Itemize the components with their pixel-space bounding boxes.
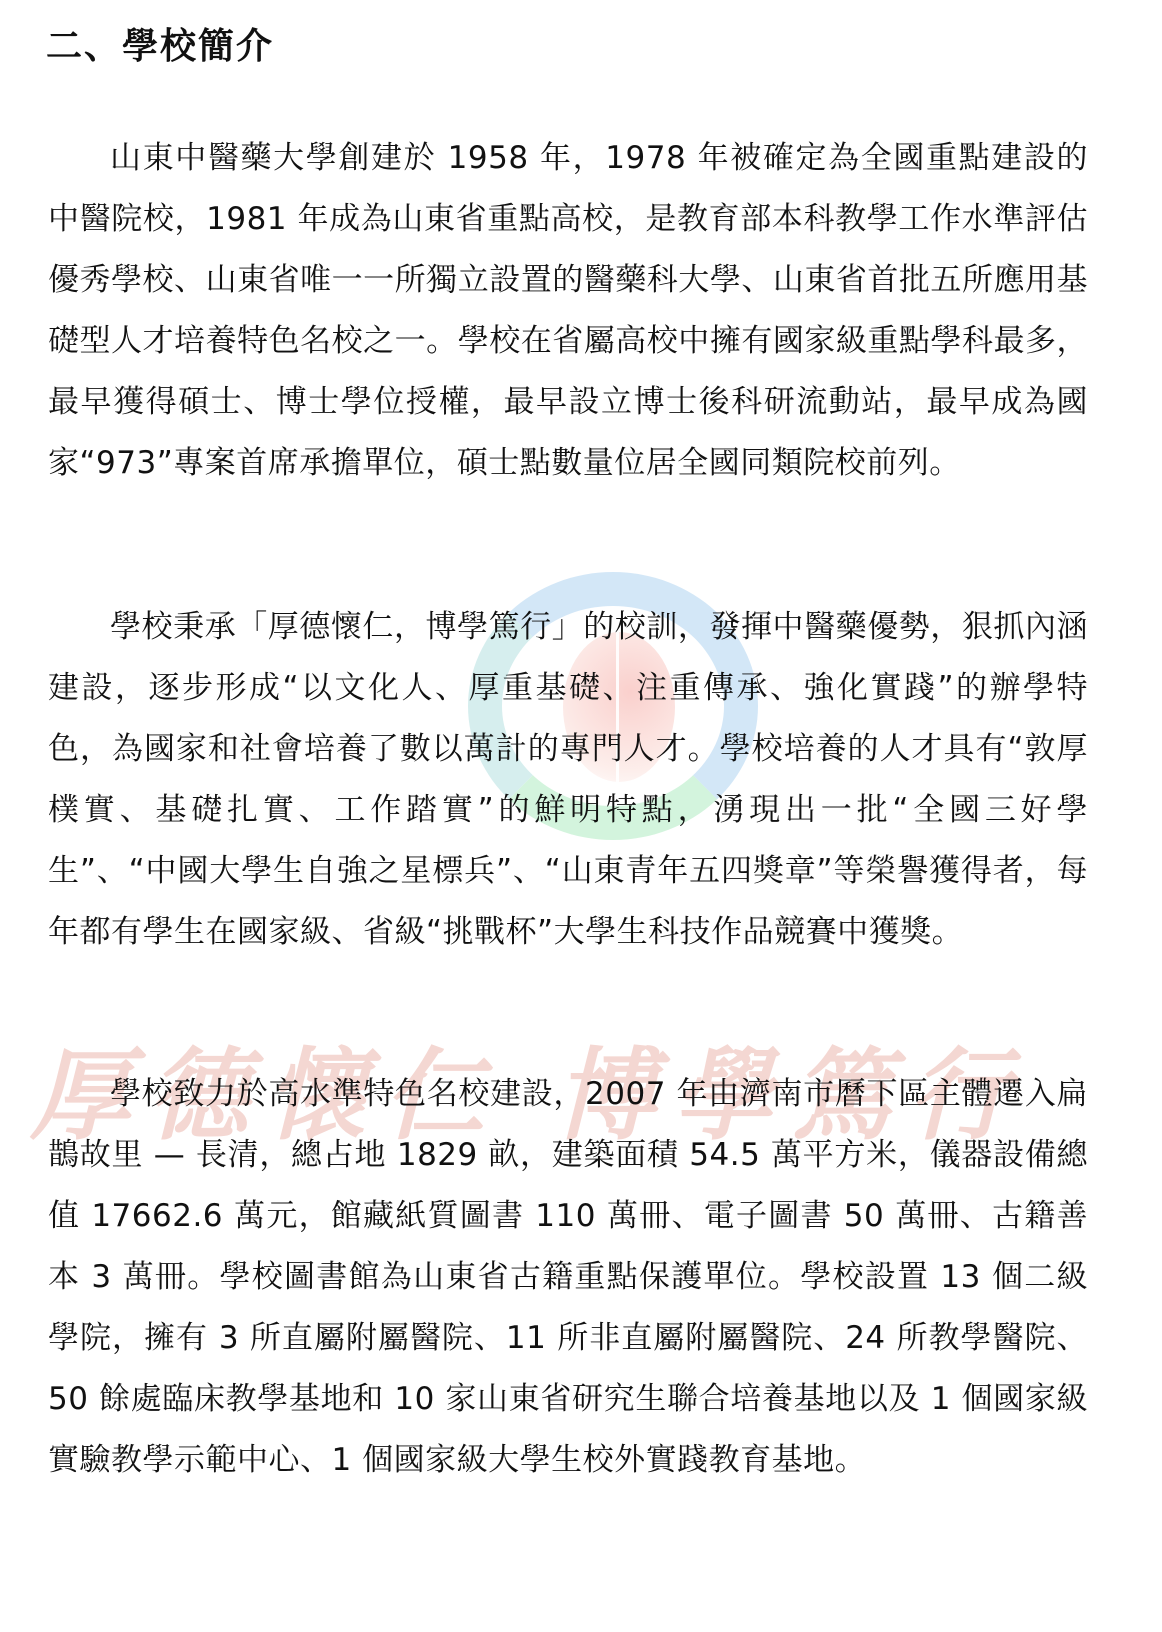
paragraph-facilities: 學校致力於高水準特色名校建設，2007 年由濟南市曆下區主體遷入扁鵲故里 — 長… (48, 1064, 1088, 1491)
paragraph-history: 山東中醫藥大學創建於 1958 年，1978 年被確定為全國重點建設的中醫院校，… (48, 128, 1088, 494)
paragraph-motto: 學校秉承「厚德懷仁，博學篤行」的校訓，發揮中醫藥優勢，狠抓內涵建設，逐步形成“以… (48, 597, 1088, 963)
section-title: 二、學校簡介 (46, 18, 274, 69)
